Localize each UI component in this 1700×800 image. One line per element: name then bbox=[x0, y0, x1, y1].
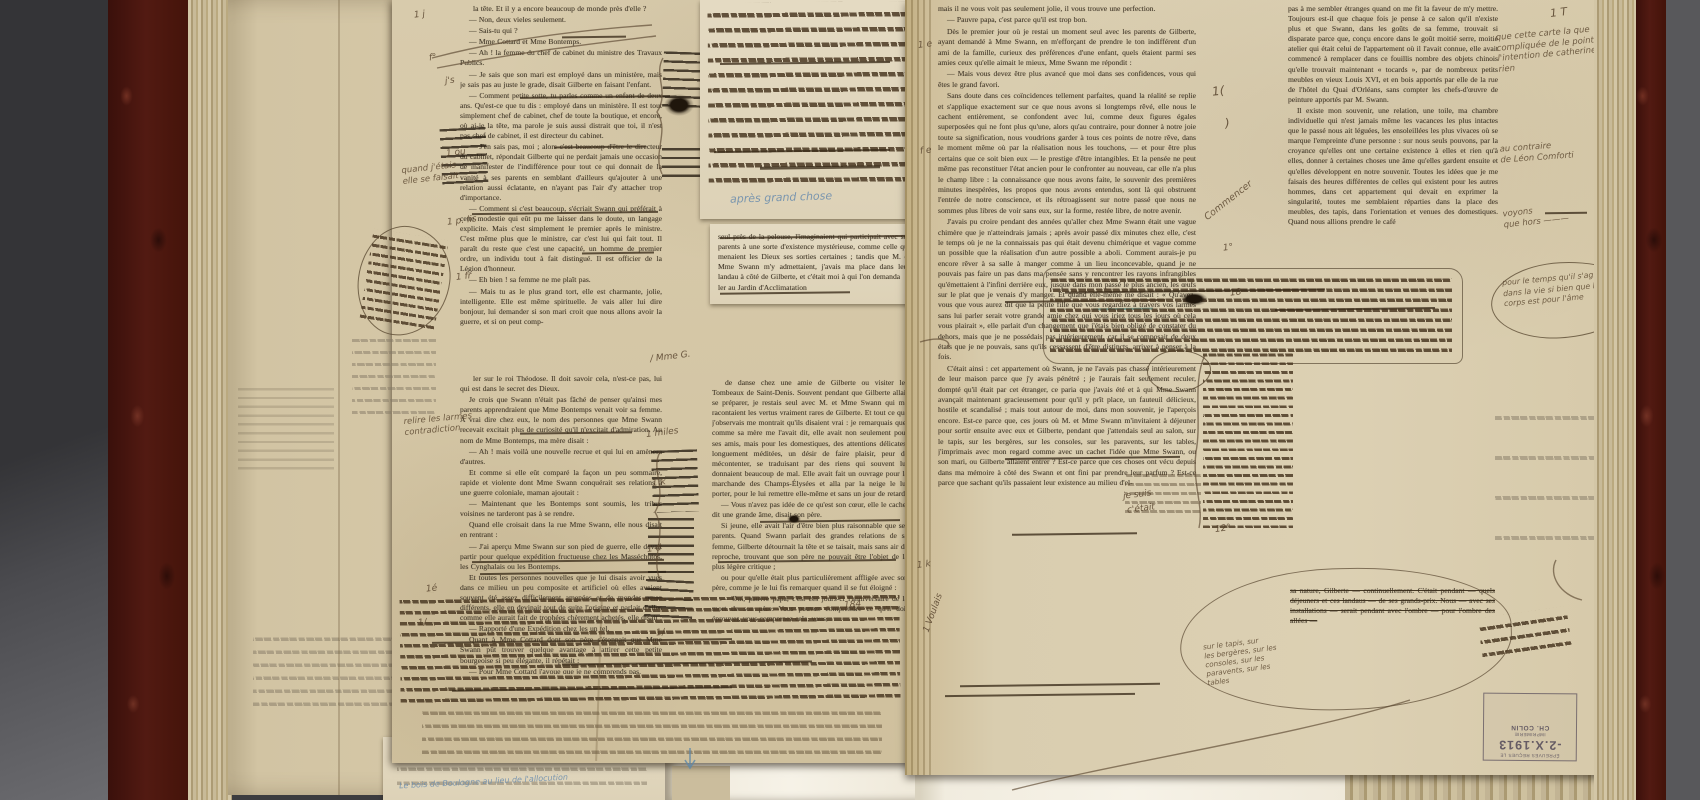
print-paragraph: Quand elle croisait dans la rue Mme Swan… bbox=[460, 520, 662, 540]
backdrop-left bbox=[0, 0, 120, 800]
gutter-word: Commencer bbox=[1203, 179, 1255, 223]
page-crease bbox=[338, 0, 340, 795]
margin-mark: j's bbox=[444, 75, 455, 86]
print-paragraph: seul près de la pelouse, l'imaginaient q… bbox=[718, 232, 910, 282]
print-paragraph: — Mme Cottard et Mme Bontemps. bbox=[460, 37, 662, 47]
binding-fold bbox=[905, 0, 935, 775]
margin-mark: 1 k bbox=[651, 477, 666, 489]
deletion-stroke bbox=[1545, 212, 1587, 214]
print-paragraph: — Maintenant que les Bontemps sont soumi… bbox=[460, 499, 662, 519]
book-cover-left-edge bbox=[108, 0, 192, 800]
print-paragraph: pas à me sembler étranges quand on me fi… bbox=[1288, 4, 1498, 105]
circled-annotation-handwriting bbox=[359, 229, 448, 332]
page-stack-edges-right bbox=[1594, 0, 1642, 800]
print-paragraph: mais il ne vous voit pas seulement jolie… bbox=[938, 4, 1196, 14]
print-paragraph: Je crois que Swann n'était pas fâché de … bbox=[460, 395, 662, 445]
print-paragraph: — Ah ! mais voilà une nouvelle recrue et… bbox=[460, 447, 662, 467]
print-paragraph: — Pauvre papa, c'est parce qu'il est tro… bbox=[938, 15, 1196, 25]
margin-mark: / Mme G. bbox=[650, 350, 692, 365]
small-tan-page-edge bbox=[672, 766, 730, 800]
margin-mark: f° bbox=[428, 53, 437, 64]
print-paragraph: — Comment petite sotte, tu parles comme … bbox=[460, 91, 662, 141]
margin-note-c: voyons que hors ——— bbox=[1502, 203, 1569, 231]
proof-hatch-marks bbox=[662, 148, 704, 180]
print-paragraph: ler sur le roi Théodose. Il doit savoir … bbox=[460, 374, 662, 394]
ink-blot bbox=[787, 514, 801, 524]
page-stack-edges-left bbox=[188, 0, 232, 800]
margin-mark: 1 fr bbox=[455, 271, 472, 283]
stamp-date: -2.X.1913 bbox=[1484, 737, 1576, 753]
gutter-mark: 1( bbox=[1211, 83, 1225, 98]
faint-pencil-traces bbox=[253, 628, 403, 708]
corner-mark: 1 T bbox=[1549, 5, 1568, 20]
print-paragraph: Et comme si elle eût comparé la façon un… bbox=[460, 468, 662, 498]
handwriting-overflow-faint bbox=[422, 702, 882, 754]
addition-handwriting bbox=[1050, 272, 1452, 356]
printed-fragment-slip: seul près de la pelouse, l'imaginaient q… bbox=[710, 224, 918, 304]
sparse-margin-scrawl bbox=[1495, 380, 1605, 540]
print-paragraph: — Je sais que son mari est employé dans … bbox=[460, 70, 662, 90]
print-paragraph: Si jeune, elle avait l'air d'être bien p… bbox=[712, 521, 908, 571]
print-paragraph: — Non, deux vieles seulement. bbox=[460, 15, 662, 25]
print-paragraph: Il existe mon souvenir, une relation, un… bbox=[1288, 106, 1498, 227]
print-paragraph: Sans doute dans ces coïncidences telleme… bbox=[938, 91, 1196, 216]
print-paragraph: — J'en sais pas, moi ; alors c'est beauc… bbox=[460, 142, 662, 203]
print-paragraph: — Ah ! la femme du chef de cabinet du mi… bbox=[460, 48, 662, 68]
print-paragraph: Dès le premier jour où je restai un mome… bbox=[938, 27, 1196, 69]
inner-margin-mark: 1 k bbox=[916, 559, 931, 571]
manuscript-photo: Le bois de Boulogne au lieu de l'allocut… bbox=[0, 0, 1700, 800]
inner-margin-mark: f e bbox=[919, 145, 932, 156]
blue-pencil-note: après grand chose bbox=[730, 191, 832, 205]
inner-margin-mark: 1 e bbox=[917, 39, 932, 51]
gutter-mark: 1° bbox=[1222, 242, 1233, 253]
faint-margin-scrawl bbox=[352, 330, 436, 420]
gutter-revision-column bbox=[1203, 348, 1293, 528]
margin-mark: 1 j bbox=[413, 9, 425, 20]
right-galley-sheet: mais il ne vous voit pas seulement jolie… bbox=[905, 0, 1640, 775]
top-slip-handwriting bbox=[707, 1, 906, 188]
print-paragraph: — J'ai aperçu Mme Swann sur son pied de … bbox=[460, 542, 662, 572]
bleedthrough-text-block bbox=[238, 388, 334, 472]
print-paragraph: — Mais tu as le plus grand tort, elle es… bbox=[460, 287, 662, 327]
print-paragraph: — Mais vous devez être plus avancé que m… bbox=[938, 69, 1196, 90]
circled-annotation-outline bbox=[1147, 350, 1211, 392]
print-paragraph: la tête. Et il y a encore beaucoup de mo… bbox=[460, 4, 662, 14]
faint-wing-scrawl bbox=[1125, 468, 1201, 514]
margin-mark: 1 d bbox=[646, 543, 661, 555]
stamp-line: CH. COLIN bbox=[1484, 723, 1576, 732]
print-paragraph: de danse chez une amie de Gilberte ou vi… bbox=[712, 378, 908, 499]
margin-note-b: au contraire de Léon Comforti bbox=[1499, 139, 1574, 165]
ink-blot bbox=[664, 94, 694, 116]
print-paragraph: — Sais-tu qui ? bbox=[460, 26, 662, 36]
ink-blot bbox=[1180, 292, 1208, 306]
printer-date-stamp: ÉPREUVES REÇUES LE -2.X.1913 IMPRIMERIE … bbox=[1483, 693, 1578, 762]
stamp-line: ÉPREUVES REÇUES LE bbox=[1484, 752, 1576, 759]
print-column-1-top: la tête. Et il y a encore beaucoup de mo… bbox=[460, 4, 662, 329]
book-cover-right-edge bbox=[1636, 0, 1666, 800]
top-paperole-slip: après grand chose bbox=[700, 0, 914, 219]
print-paragraph: — Eh bien ! sa femme ne me plaît pas. bbox=[460, 275, 662, 285]
gutter-mark: ) bbox=[1224, 116, 1230, 130]
print-paragraph: — Vous n'avez pas idée de ce qu'est son … bbox=[712, 500, 908, 520]
print-fragment-column: seul près de la pelouse, l'imaginaient q… bbox=[718, 232, 910, 298]
